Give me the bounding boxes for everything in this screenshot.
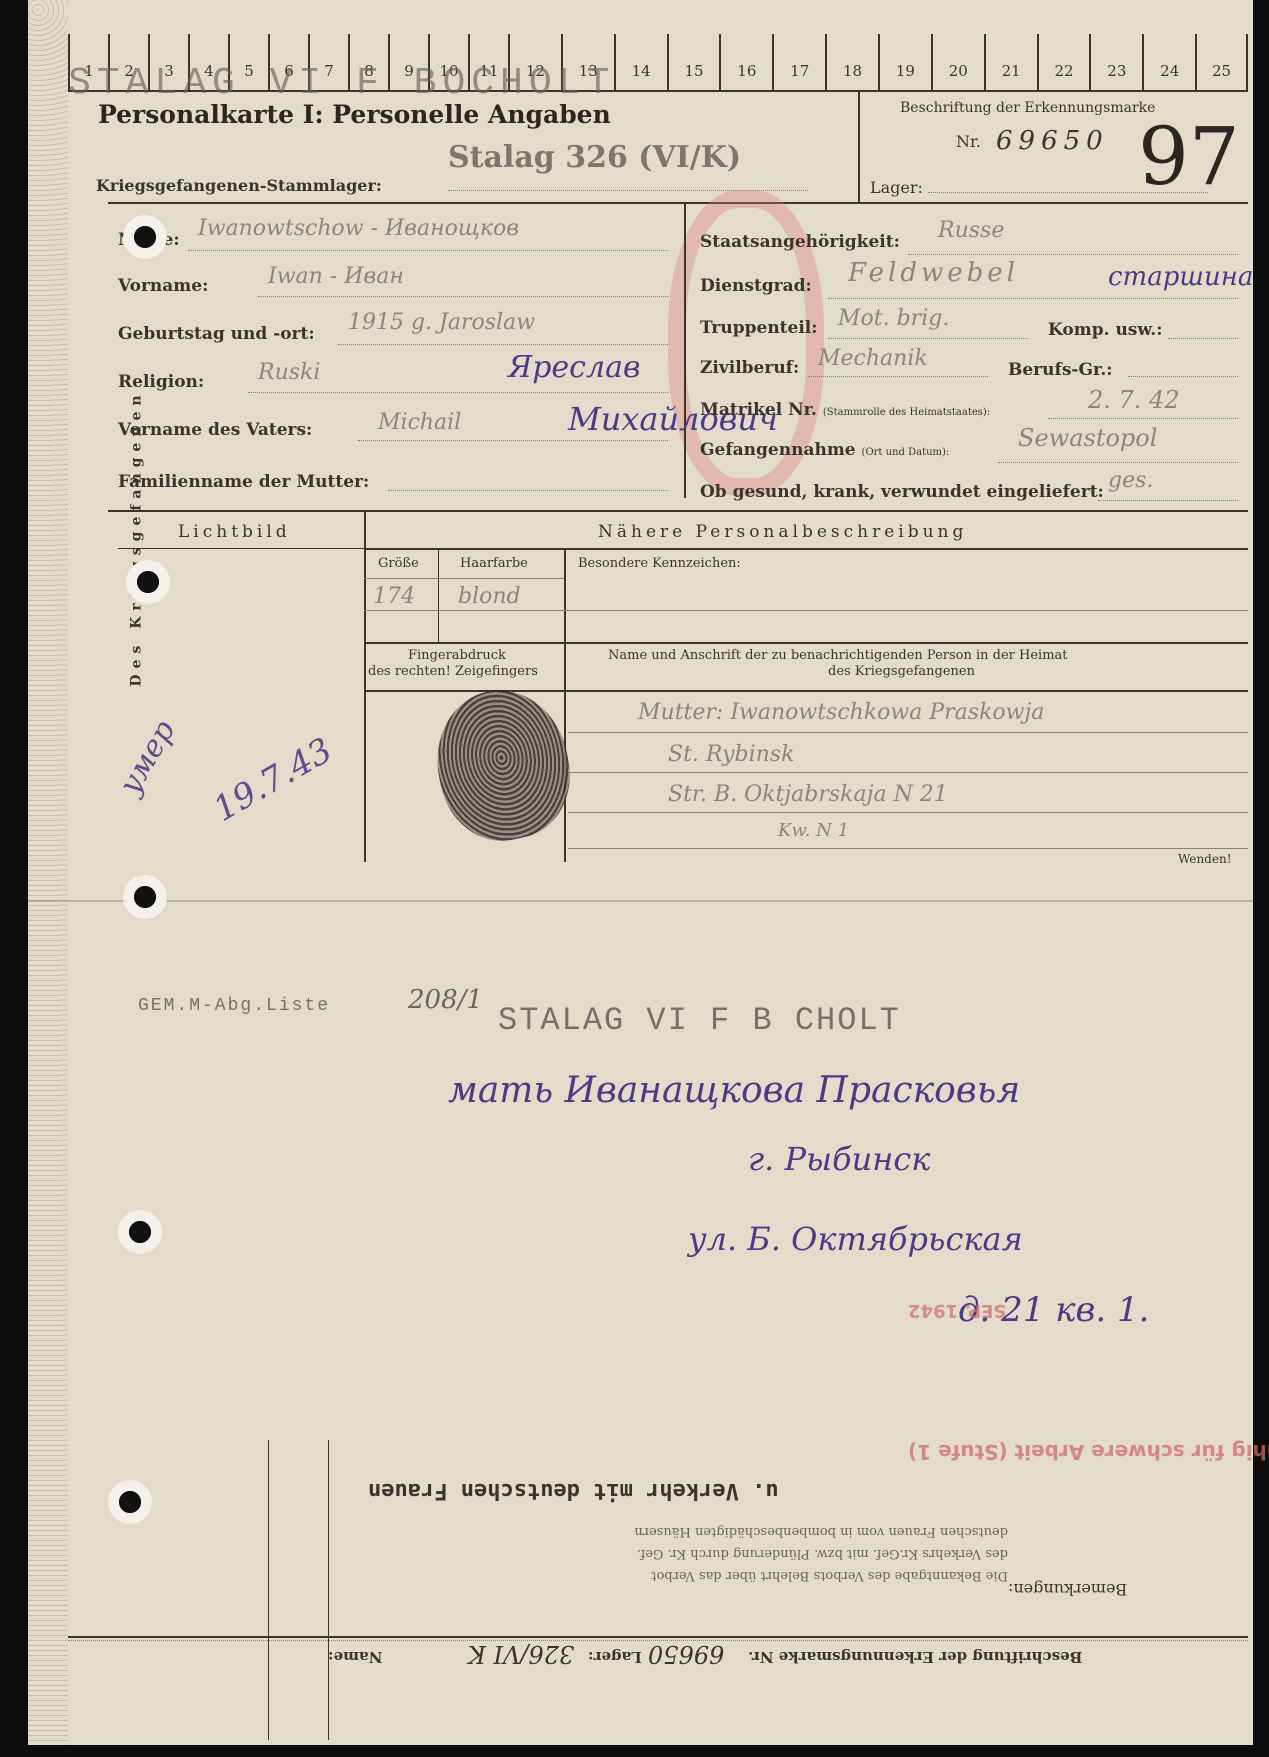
geburt-label: Geburtstag und -ort:: [118, 324, 315, 344]
vater-value: Michail: [378, 410, 461, 435]
marke-label-upside: Beschriftung der Erkennungsmarke Nr.: [748, 1648, 1082, 1666]
corner-mark: 97: [1138, 110, 1240, 203]
ruler-cell: 20: [931, 34, 984, 90]
truppenteil-value: Mot. brig.: [838, 306, 949, 331]
finger-label-1: Fingerabdruck: [408, 648, 506, 663]
benach-line-3: Str. B. Oktjabrskaja N 21: [668, 782, 948, 807]
gesund-label: Ob gesund, krank, verwundet eingeliefert…: [700, 482, 1104, 502]
lager-value-upside: 326/VI K: [468, 1640, 574, 1668]
nr-value: 69650: [996, 126, 1109, 156]
personalkarte-card: 1234567891011121314151617181920212223242…: [28, 0, 1253, 1745]
ruler-cell: 21: [984, 34, 1037, 90]
gefangen-label: Gefangennahme (Ort und Datum):: [700, 440, 949, 460]
reverse-line-3: ул. Б. Октябрьская: [688, 1220, 1023, 1258]
ruler-cell: 19: [878, 34, 931, 90]
dienstgrad-label: Dienstgrad:: [700, 276, 812, 296]
marke-value-upside: 69650: [648, 1640, 724, 1668]
ruler-cell: 16: [719, 34, 772, 90]
groesse-value: 174: [373, 584, 415, 609]
lager-label-upside: Lager:: [588, 1648, 642, 1666]
photo-note-died: умер: [113, 714, 183, 800]
bemerkungen-label: Bemerkungen:: [1008, 1580, 1127, 1599]
dienstgrad-value-ru: старшина: [1108, 262, 1253, 292]
benach-label-1: Name und Anschrift der zu benachrichtige…: [608, 648, 1068, 663]
haarfarbe-value: blond: [458, 584, 521, 609]
gesund-value: ges.: [1108, 468, 1153, 493]
dienstgrad-value: Feldwebel: [848, 258, 1019, 288]
name-value: Iwanowtschow - Иванощков: [198, 216, 519, 241]
vorname-value: Iwan - Иван: [268, 264, 404, 289]
name-label-upside: Name:: [328, 1648, 382, 1666]
benach-line-2: St. Rybinsk: [668, 742, 794, 767]
finger-label-2: des rechten! Zeigefingers: [368, 664, 538, 679]
nr-label: Nr.: [956, 132, 981, 151]
abgangsliste-stamp: GEM.M-Abg.Liste: [138, 996, 330, 1016]
ruler-cell: 14: [614, 34, 667, 90]
date-stamp-red: SEP. 1942: [908, 1300, 1006, 1321]
ruler-cell: 24: [1142, 34, 1195, 90]
lager-label: Lager:: [870, 178, 923, 197]
ruler-cell: 17: [772, 34, 825, 90]
reverse-line-1: мать Иванащкова Прасковья: [448, 1070, 1020, 1111]
naehere-label: Nähere Personalbeschreibung: [598, 522, 967, 542]
gefangen-value: Sewastopol: [1018, 424, 1157, 452]
ruler-cell: 23: [1089, 34, 1142, 90]
benach-label-2: des Kriegsgefangenen: [828, 664, 975, 679]
abgangsliste-number: 208/1: [408, 985, 483, 1015]
benach-line-4: Kw. N 1: [778, 820, 849, 841]
zivilberuf-value: Mechanik: [818, 346, 928, 371]
kennzeichen-label: Besondere Kennzeichen:: [578, 556, 741, 571]
staat-value: Russe: [938, 218, 1004, 243]
groesse-label: Größe: [378, 556, 419, 571]
vorname-label: Vorname:: [118, 276, 208, 296]
ruler-cell: 25: [1195, 34, 1248, 90]
mutter-label: Familienname der Mutter:: [118, 472, 369, 492]
matrikel-value: 2. 7. 42: [1088, 386, 1180, 414]
matrikel-label: Matrikel Nr. (Stammrolle des Heimatstaat…: [700, 400, 990, 420]
zivilberuf-label: Zivilberuf:: [700, 358, 799, 378]
religion-value: Ruski: [258, 360, 320, 385]
ruler-cell: 15: [667, 34, 720, 90]
erkennungsmarke-label: Beschriftung der Erkennungsmarke: [900, 100, 1155, 116]
benach-line-1: Mutter: Iwanowtschkowa Praskowja: [638, 700, 1044, 725]
stalag-bocholt-stamp: STALAG VI F BOCHOLT: [68, 62, 615, 105]
truppenteil-label: Truppenteil:: [700, 318, 818, 338]
wenden-label: Wenden!: [1178, 852, 1232, 866]
ruler-cell: 22: [1037, 34, 1090, 90]
einsatz-stamp-red: Einsatzfähig für schwere Arbeit (Stufe 1…: [908, 1440, 1269, 1464]
lichtbild-label: Lichtbild: [178, 522, 291, 542]
fingerprint-image: [424, 678, 582, 852]
side-vertical-text: Des Kriegsgefangenen: [129, 389, 145, 686]
verkehr-text: u. Verkehr mit deutschen Frauen: [368, 1478, 779, 1503]
card-title: Personalkarte I: Personelle Angaben: [98, 100, 611, 129]
geburt-value: 1915 g. Jaroslaw: [348, 310, 535, 335]
komp-label: Komp. usw.:: [1048, 320, 1163, 340]
staat-label: Staatsangehörigkeit:: [700, 232, 900, 252]
fold-line: [28, 900, 1253, 902]
vater-label: Vorname des Vaters:: [118, 420, 312, 440]
photo-note-date: 19.7.43: [207, 730, 339, 830]
haarfarbe-label: Haarfarbe: [460, 556, 528, 571]
ruler-cell: 18: [825, 34, 878, 90]
stammlager-label: Kriegsgefangenen-Stammlager:: [96, 176, 382, 195]
stammlager-stamp: Stalag 326 (VI/K): [448, 140, 741, 175]
geburt-value-ru: Яреслав: [508, 350, 640, 385]
bemerkung-text: Die Bekanntgabe des Verbots Belehrt über…: [408, 1520, 1008, 1586]
reverse-line-2: г. Рыбинск: [748, 1140, 930, 1178]
stalag-bocholt-lower-stamp: STALAG VI F B CHOLT: [498, 1002, 901, 1039]
berufs-label: Berufs-Gr.:: [1008, 360, 1113, 380]
